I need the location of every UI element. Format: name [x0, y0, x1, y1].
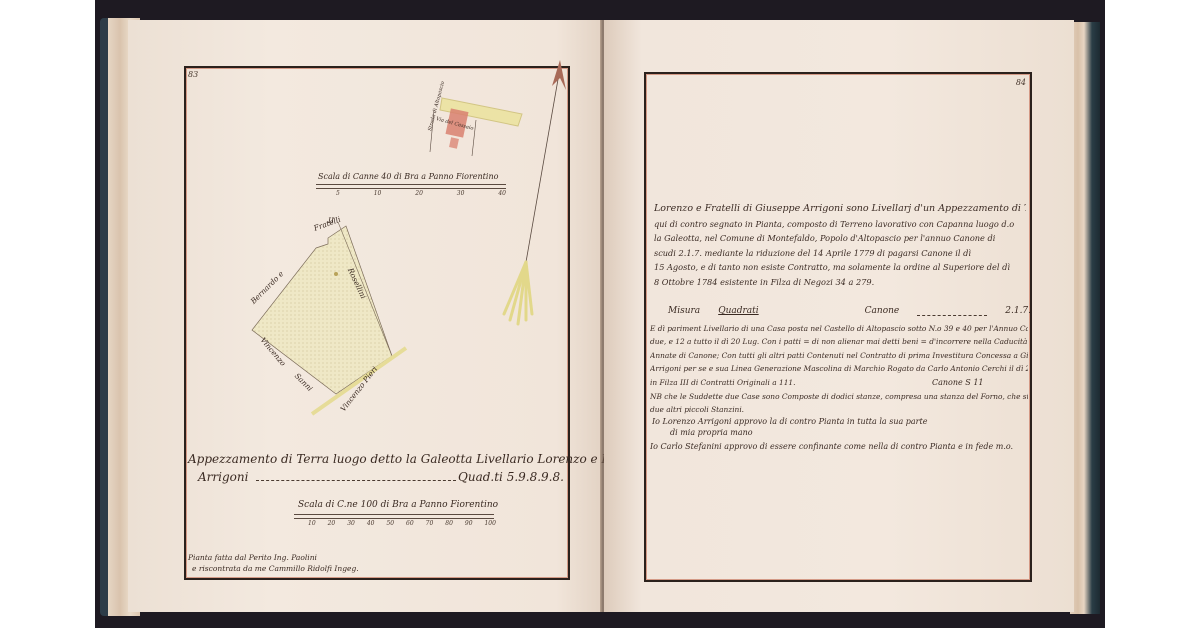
- scale-top-title: Scala di Canne 40 di Bra a Panno Fiorent…: [318, 172, 498, 181]
- nb-line: NB che le Suddette due Case sono Compost…: [650, 390, 1028, 403]
- tick: 30: [457, 190, 465, 197]
- approval-arrigoni: Io Lorenzo Arrigoni approvo la di contro…: [652, 416, 1022, 438]
- surveyor-signature-line2: e riscontrata da me Cammillo Ridolfi Ing…: [192, 563, 359, 574]
- text-line: scudi 2.1.7. mediante la riduzione del 1…: [654, 246, 1026, 261]
- canone-value: 2.1.7.: [1005, 306, 1031, 316]
- tick: 100: [484, 520, 495, 527]
- tick: 10: [374, 190, 382, 197]
- canone-second-value: Canone S 11: [932, 378, 984, 387]
- approval-stefanini: Io Carlo Stefanini approvo di essere con…: [650, 440, 1028, 455]
- tick: 50: [386, 520, 394, 527]
- text-line: Lorenzo e Fratelli di Giuseppe Arrigoni …: [654, 202, 1026, 217]
- measure-value: Quadrati: [718, 306, 758, 316]
- plot-marker: II: [328, 216, 334, 225]
- compass-north-arrow-icon: [486, 58, 576, 338]
- left-page-map: 83 Via del Cassaio Strada di Altopascio …: [128, 20, 604, 612]
- tick: 30: [347, 520, 355, 527]
- text-line: Annate di Canone; Con tutti gli altri pa…: [650, 349, 1028, 362]
- text-line: Arrigoni per se e sua Linea Generazione …: [650, 362, 1028, 375]
- dashed-leader: [917, 306, 987, 316]
- right-page-description: 84 Lorenzo e Fratelli di Giuseppe Arrigo…: [604, 20, 1074, 612]
- tick: 20: [328, 520, 336, 527]
- tick: 40: [367, 520, 375, 527]
- tick: 20: [415, 190, 423, 197]
- paragraph-livello-terra: Lorenzo e Fratelli di Giuseppe Arrigoni …: [654, 202, 1026, 289]
- land-plot-galeotta: [246, 218, 426, 418]
- page-number-left: 83: [188, 70, 198, 79]
- text-line: la Galeotta, nel Comune di Montefaldo, P…: [654, 231, 1026, 246]
- scale-top-bar: [316, 184, 506, 189]
- text-line: 8 Ottobre 1784 esistente in Filza di Neg…: [654, 275, 1026, 290]
- map-border-frame: 83 Via del Cassaio Strada di Altopascio …: [184, 66, 570, 580]
- page-number-right: 84: [1016, 78, 1026, 87]
- scale-top-ticks: 5 10 20 30 40: [336, 190, 506, 197]
- nb-line: due altri piccoli Stanzini.: [650, 403, 1028, 416]
- map-area-value: Quad.ti 5.9.8.9.8.: [458, 468, 564, 486]
- dashed-leader-line: [256, 480, 456, 481]
- open-book: 83 Via del Cassaio Strada di Altopascio …: [100, 16, 1100, 620]
- measure-label: Misura: [668, 306, 700, 316]
- map-title-line1: Appezzamento di Terra luogo detto la Gal…: [188, 450, 646, 468]
- scale-bottom-title: Scala di C.ne 100 di Bra a Panno Fiorent…: [298, 500, 498, 510]
- approval-line: Io Carlo Stefanini approvo di essere con…: [650, 440, 1028, 455]
- tick: 70: [426, 520, 434, 527]
- tick: 90: [465, 520, 473, 527]
- scale-bottom-bar: [294, 514, 494, 519]
- text-line: 15 Agosto, e di tanto non esiste Contrat…: [654, 260, 1026, 275]
- map-title-owner: Arrigoni: [198, 468, 248, 486]
- text-border-frame: 84 Lorenzo e Fratelli di Giuseppe Arrigo…: [644, 72, 1032, 582]
- scale-bottom-ticks: 10 20 30 40 50 60 70 80 90 100: [308, 520, 496, 527]
- tick: 10: [308, 520, 316, 527]
- surveyor-signature-line1: Pianta fatta dal Perito Ing. Paolini: [188, 552, 317, 563]
- measure-canone-row: Misura Quadrati Canone 2.1.7.: [668, 306, 1031, 316]
- tick: 60: [406, 520, 414, 527]
- text-line: due, e 12 a tutto il dì 20 Lug. Con i pa…: [650, 335, 1028, 348]
- tick: 80: [445, 520, 453, 527]
- text-line: E dì pariment Livellario di una Casa pos…: [650, 322, 1028, 335]
- spacer: [777, 306, 847, 316]
- book-cover-right-edge: [1070, 22, 1100, 614]
- approval-line: Io Lorenzo Arrigoni approvo la di contro…: [652, 416, 1022, 427]
- tick: 5: [336, 190, 340, 197]
- text-line: qui di contro segnato in Pianta, compost…: [654, 217, 1026, 232]
- approval-line: di mia propria mano: [652, 427, 1022, 438]
- canone-label: Canone: [865, 306, 900, 316]
- nota-bene-block: NB che le Suddette due Case sono Compost…: [650, 390, 1028, 416]
